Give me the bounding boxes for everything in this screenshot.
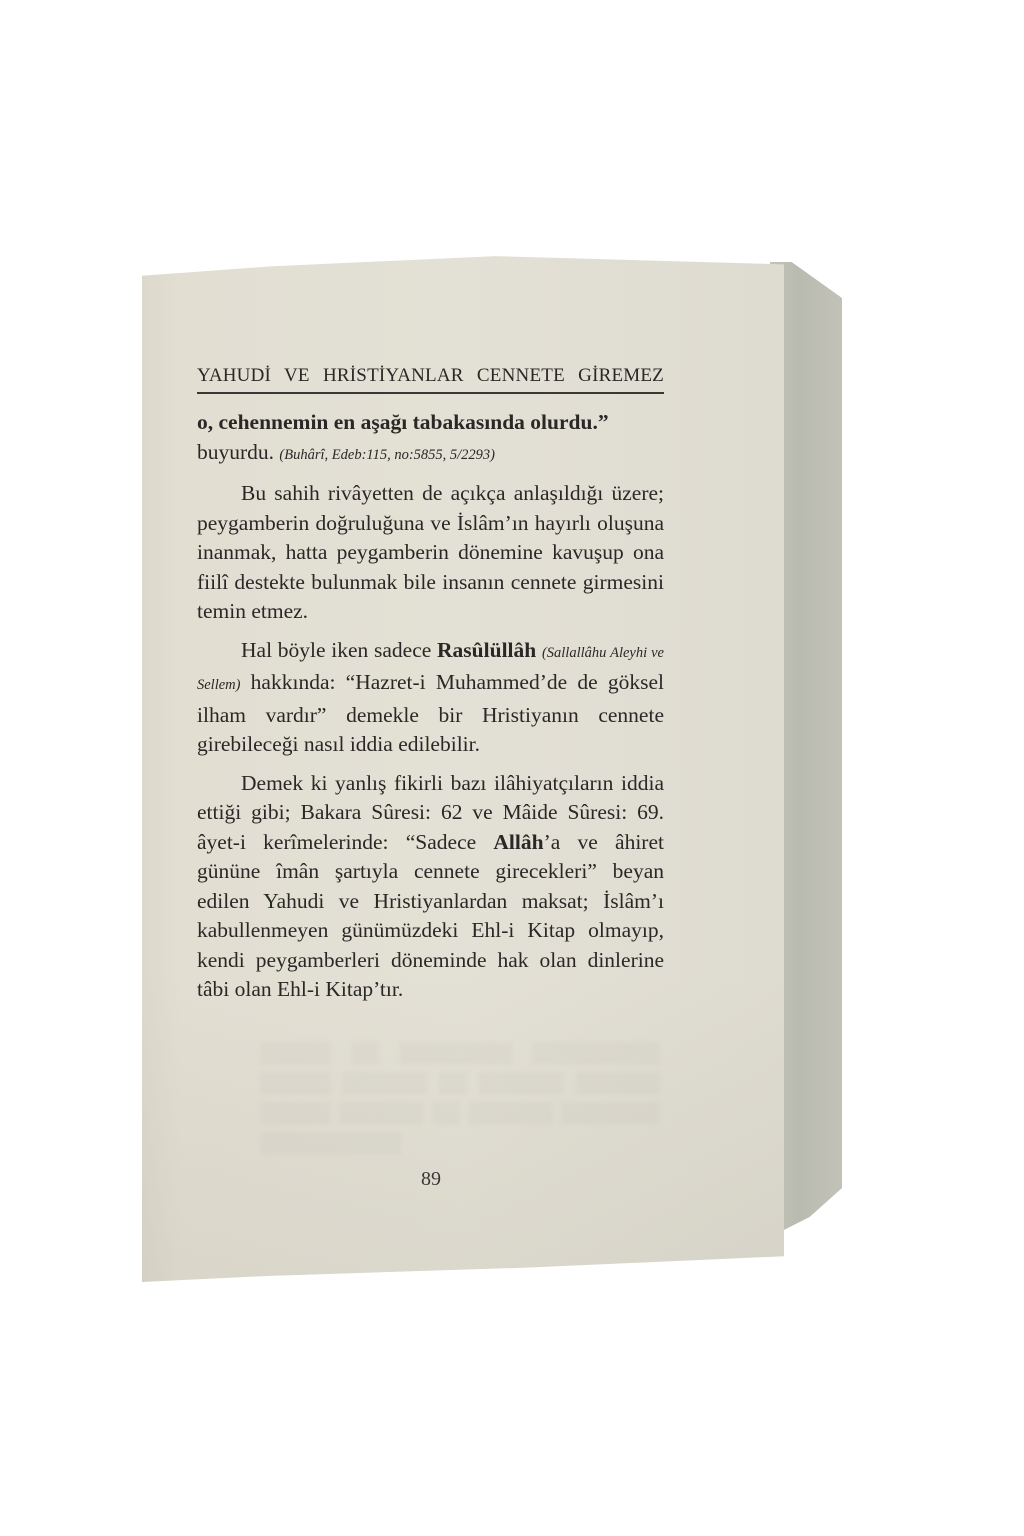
page-content: YAHUDİ VE HRİSTİYANLAR CENNETE GİREMEZ o…: [197, 364, 664, 1005]
paragraph-3: Hal böyle iken sadece Rasûlüllâh (Sallal…: [197, 636, 664, 760]
bleed-through-text: ▒▒▒▒▒ ▒▒ ▒▒▒▒▒▒▒▒ ▒▒▒▒▒▒▒▒▒ ▒▒▒▒▒ ▒▒▒▒▒▒…: [260, 1038, 660, 1158]
bold-name: Rasûlüllâh: [437, 638, 536, 662]
bold-quote: o, cehennemin en aşağı tabakasında olurd…: [197, 410, 609, 434]
paragraph-4-text-after: ’a ve âhiret gününe îmân şartıyla cennet…: [197, 830, 664, 1002]
page-number: 89: [421, 1168, 441, 1191]
paragraph-2: Bu sahih rivâyetten de açıkça anlaşıldığ…: [197, 479, 664, 627]
bold-word: Al­lâh: [493, 830, 543, 854]
running-head: YAHUDİ VE HRİSTİYANLAR CENNETE GİREMEZ: [197, 364, 664, 394]
paragraph-1: o, cehennemin en aşağı tabakasında olurd…: [197, 408, 664, 470]
paragraph-1-text: buyurdu.: [197, 440, 279, 464]
paragraph-3-text-before: Hal böyle iken sadece: [241, 638, 437, 662]
citation: (Buhârî, Edeb:115, no:5855, 5/2293): [279, 447, 495, 463]
paragraph-4: Demek ki yanlış fikirli bazı ilâhiyatçıl…: [197, 769, 664, 1005]
paragraph-3-text-after: hakkında: “Hazret-i Muhammed’de de gökse…: [197, 670, 664, 756]
